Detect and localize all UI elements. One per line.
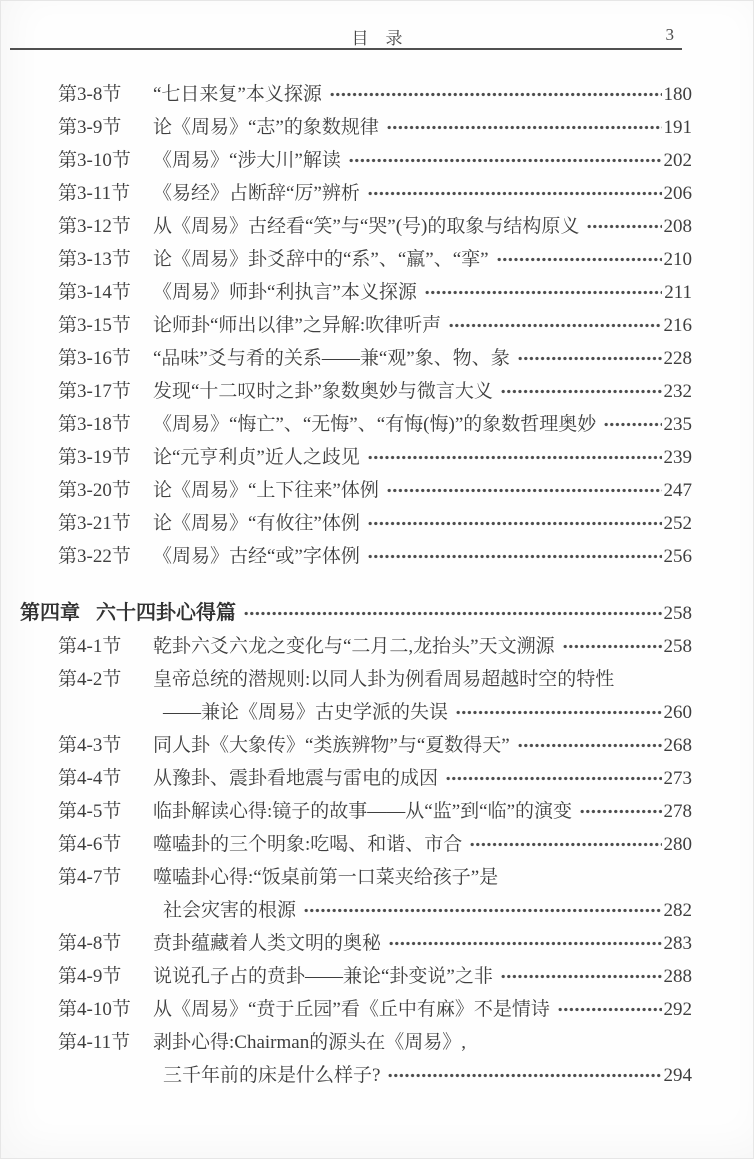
- dot-leader: [501, 375, 662, 408]
- entry-body: 剥卦心得:Chairman的源头在《周易》,三千年前的床是什么样子?294: [153, 1026, 692, 1092]
- dot-leader: [425, 276, 662, 309]
- entry-title-continued: 三千年前的床是什么样子?: [163, 1059, 380, 1092]
- entry-body: 论“元亨利贞”近人之歧见239: [153, 441, 692, 474]
- dot-leader: [449, 309, 661, 342]
- toc-entry: 第3-21节论《周易》“有攸往”体例252: [58, 507, 692, 540]
- entry-label: 第4-1节: [58, 630, 153, 663]
- entry-page-number: 294: [664, 1059, 693, 1092]
- entry-body: 发现“十二叹时之卦”象数奥妙与微言大义232: [153, 375, 692, 408]
- entry-title: 说说孔子占的贲卦——兼论“卦变说”之非: [153, 960, 493, 993]
- entry-continuation-line: 社会灾害的根源282: [153, 894, 692, 927]
- entry-page-number: 258: [664, 630, 693, 663]
- entry-line: 皇帝总统的潜规则:以同人卦为例看周易超越时空的特性: [153, 663, 692, 696]
- chapter-heading-body: 六十四卦心得篇 258: [96, 597, 692, 630]
- toc-entry: 第4-9节说说孔子占的贲卦——兼论“卦变说”之非288: [58, 960, 692, 993]
- entry-page-number: 280: [664, 828, 693, 861]
- dot-leader: [446, 762, 661, 795]
- toc-entry: 第3-22节《周易》古经“或”字体例256: [58, 540, 692, 573]
- entry-page-number: 216: [664, 309, 693, 342]
- entry-page-number: 282: [664, 894, 693, 927]
- entry-title: 噬嗑卦的三个明象:吃喝、和谐、市合: [153, 828, 462, 861]
- toc-entry: 第3-10节《周易》“涉大川”解读202: [58, 144, 692, 177]
- toc-entry: 第3-14节《周易》师卦“利执言”本义探源211: [58, 276, 692, 309]
- entry-line: 同人卦《大象传》“类族辨物”与“夏数得天”268: [153, 729, 692, 762]
- entry-line: 论《周易》卦爻辞中的“系”、“羸”、“挛”210: [153, 243, 692, 276]
- entry-title: 乾卦六爻六龙之变化与“二月二,龙抬头”天文溯源: [153, 630, 555, 663]
- dot-leader: [388, 1059, 661, 1092]
- entry-title: 论师卦“师出以律”之异解:吹律听声: [153, 309, 441, 342]
- entry-line: 从豫卦、震卦看地震与雷电的成因273: [153, 762, 692, 795]
- entry-label: 第3-15节: [58, 309, 153, 342]
- toc-entry: 第4-5节临卦解读心得:镜子的故事——从“监”到“临”的演变278: [58, 795, 692, 828]
- entry-title: “品味”爻与肴的关系——兼“观”象、物、彖: [153, 342, 510, 375]
- dot-leader: [368, 540, 662, 573]
- toc-entry: 第3-15节论师卦“师出以律”之异解:吹律听声216: [58, 309, 692, 342]
- entry-title: 贲卦蕴藏着人类文明的奥秘: [153, 927, 381, 960]
- toc-entry: 第3-16节“品味”爻与肴的关系——兼“观”象、物、彖228: [58, 342, 692, 375]
- toc-entry: 第3-8节“七日来复”本义探源180: [58, 78, 692, 111]
- entry-body: 论《周易》“上下往来”体例247: [153, 474, 692, 507]
- entry-title: 同人卦《大象传》“类族辨物”与“夏数得天”: [153, 729, 510, 762]
- entry-title: 《周易》“涉大川”解读: [153, 144, 341, 177]
- page-header: 目 录 3: [0, 0, 754, 50]
- entry-line: 贲卦蕴藏着人类文明的奥秘283: [153, 927, 692, 960]
- chapter-label: 第四章: [20, 597, 80, 630]
- toc-entry: 第4-1节乾卦六爻六龙之变化与“二月二,龙抬头”天文溯源258: [58, 630, 692, 663]
- entry-label: 第3-8节: [58, 78, 153, 111]
- dot-leader: [518, 729, 662, 762]
- entry-label: 第3-12节: [58, 210, 153, 243]
- entry-page-number: 228: [664, 342, 693, 375]
- entry-label: 第3-11节: [58, 177, 153, 210]
- dot-leader: [368, 177, 662, 210]
- entry-page-number: 273: [664, 762, 693, 795]
- entry-label: 第4-3节: [58, 729, 153, 762]
- entry-line: 论《周易》“有攸往”体例252: [153, 507, 692, 540]
- entry-page-number: 260: [664, 696, 693, 729]
- dot-leader: [368, 441, 662, 474]
- entry-page-number: 292: [664, 993, 693, 1026]
- dot-leader: [518, 342, 662, 375]
- chapter-title: 六十四卦心得篇: [96, 597, 236, 630]
- entry-title-continued: 社会灾害的根源: [163, 894, 296, 927]
- toc-entry: 第3-20节论《周易》“上下往来”体例247: [58, 474, 692, 507]
- dot-leader: [558, 993, 662, 1026]
- chapter4-section-list: 第4-1节乾卦六爻六龙之变化与“二月二,龙抬头”天文溯源258第4-2节皇帝总统…: [20, 630, 692, 1092]
- dot-leader: [501, 960, 662, 993]
- toc-entry: 第3-17节发现“十二叹时之卦”象数奥妙与微言大义232: [58, 375, 692, 408]
- entry-label: 第4-4节: [58, 762, 153, 795]
- dot-leader: [330, 78, 662, 111]
- entry-title-continued: ——兼论《周易》古史学派的失误: [163, 696, 448, 729]
- entry-label: 第4-11节: [58, 1026, 153, 1059]
- entry-label: 第4-9节: [58, 960, 153, 993]
- entry-page-number: 211: [664, 276, 692, 309]
- entry-page-number: 206: [664, 177, 693, 210]
- entry-line: 从《周易》“贲于丘园”看《丘中有麻》不是情诗292: [153, 993, 692, 1026]
- entry-label: 第3-10节: [58, 144, 153, 177]
- entry-continuation-line: ——兼论《周易》古史学派的失误260: [153, 696, 692, 729]
- entry-body: 乾卦六爻六龙之变化与“二月二,龙抬头”天文溯源258: [153, 630, 692, 663]
- toc-entry: 第4-3节同人卦《大象传》“类族辨物”与“夏数得天”268: [58, 729, 692, 762]
- entry-page-number: 268: [664, 729, 693, 762]
- entry-title: 《周易》古经“或”字体例: [153, 540, 360, 573]
- entry-title: 论《周易》卦爻辞中的“系”、“羸”、“挛”: [153, 243, 489, 276]
- entry-body: 《周易》“涉大川”解读202: [153, 144, 692, 177]
- entry-line: 乾卦六爻六龙之变化与“二月二,龙抬头”天文溯源258: [153, 630, 692, 663]
- entry-page-number: 256: [664, 540, 693, 573]
- entry-line: 从《周易》古经看“笑”与“哭”(号)的取象与结构原义208: [153, 210, 692, 243]
- chapter3-section-list: 第3-8节“七日来复”本义探源180第3-9节论《周易》“志”的象数规律191第…: [20, 78, 692, 573]
- entry-line: “七日来复”本义探源180: [153, 78, 692, 111]
- dot-leader: [497, 243, 662, 276]
- entry-title: 《易经》占断辞“厉”辨析: [153, 177, 360, 210]
- entry-title: “七日来复”本义探源: [153, 78, 322, 111]
- entry-page-number: 202: [664, 144, 693, 177]
- toc-entry: 第4-10节从《周易》“贲于丘园”看《丘中有麻》不是情诗292: [58, 993, 692, 1026]
- entry-page-number: 180: [664, 78, 693, 111]
- entry-line: 临卦解读心得:镜子的故事——从“监”到“临”的演变278: [153, 795, 692, 828]
- entry-label: 第3-13节: [58, 243, 153, 276]
- section-gap: [20, 573, 692, 597]
- toc-entry: 第4-2节皇帝总统的潜规则:以同人卦为例看周易超越时空的特性——兼论《周易》古史…: [58, 663, 692, 729]
- entry-body: 皇帝总统的潜规则:以同人卦为例看周易超越时空的特性——兼论《周易》古史学派的失误…: [153, 663, 692, 729]
- entry-label: 第3-21节: [58, 507, 153, 540]
- dot-leader: [387, 474, 662, 507]
- entry-label: 第4-10节: [58, 993, 153, 1026]
- entry-body: 同人卦《大象传》“类族辨物”与“夏数得天”268: [153, 729, 692, 762]
- entry-page-number: 232: [664, 375, 693, 408]
- entry-line: 论“元亨利贞”近人之歧见239: [153, 441, 692, 474]
- entry-body: 论《周易》“志”的象数规律191: [153, 111, 692, 144]
- entry-title: 《周易》师卦“利执言”本义探源: [153, 276, 417, 309]
- page-number: 3: [666, 25, 675, 45]
- entry-page-number: 239: [664, 441, 693, 474]
- entry-label: 第4-5节: [58, 795, 153, 828]
- entry-body: 论《周易》“有攸往”体例252: [153, 507, 692, 540]
- entry-page-number: 283: [664, 927, 693, 960]
- dot-leader: [456, 696, 661, 729]
- entry-label: 第4-7节: [58, 861, 153, 894]
- entry-line: 说说孔子占的贲卦——兼论“卦变说”之非288: [153, 960, 692, 993]
- chapter-heading: 第四章 六十四卦心得篇 258: [20, 597, 692, 630]
- entry-body: 噬嗑卦心得:“饭桌前第一口菜夹给孩子”是社会灾害的根源282: [153, 861, 692, 927]
- entry-body: 从豫卦、震卦看地震与雷电的成因273: [153, 762, 692, 795]
- chapter-page-number: 258: [664, 597, 693, 630]
- entry-label: 第4-6节: [58, 828, 153, 861]
- entry-page-number: 252: [664, 507, 693, 540]
- entry-body: 论师卦“师出以律”之异解:吹律听声216: [153, 309, 692, 342]
- entry-line: 发现“十二叹时之卦”象数奥妙与微言大义232: [153, 375, 692, 408]
- entry-body: 《周易》古经“或”字体例256: [153, 540, 692, 573]
- entry-label: 第3-20节: [58, 474, 153, 507]
- entry-page-number: 210: [664, 243, 693, 276]
- entry-line: 论《周易》“志”的象数规律191: [153, 111, 692, 144]
- entry-line: 《周易》师卦“利执言”本义探源211: [153, 276, 692, 309]
- entry-body: 从《周易》“贲于丘园”看《丘中有麻》不是情诗292: [153, 993, 692, 1026]
- entry-body: 论《周易》卦爻辞中的“系”、“羸”、“挛”210: [153, 243, 692, 276]
- toc-entry: 第4-6节噬嗑卦的三个明象:吃喝、和谐、市合280: [58, 828, 692, 861]
- entry-line: 《周易》“涉大川”解读202: [153, 144, 692, 177]
- entry-body: 贲卦蕴藏着人类文明的奥秘283: [153, 927, 692, 960]
- dot-leader: [587, 210, 661, 243]
- entry-page-number: 288: [664, 960, 693, 993]
- entry-line: 《易经》占断辞“厉”辨析206: [153, 177, 692, 210]
- entry-title: 论《周易》“有攸往”体例: [153, 507, 360, 540]
- entry-line: 噬嗑卦心得:“饭桌前第一口菜夹给孩子”是: [153, 861, 692, 894]
- toc-entry: 第4-8节贲卦蕴藏着人类文明的奥秘283: [58, 927, 692, 960]
- entry-line: 《周易》古经“或”字体例256: [153, 540, 692, 573]
- dot-leader: [304, 894, 661, 927]
- entry-label: 第4-8节: [58, 927, 153, 960]
- entry-line: 噬嗑卦的三个明象:吃喝、和谐、市合280: [153, 828, 692, 861]
- dot-leader: [470, 828, 661, 861]
- entry-label: 第3-17节: [58, 375, 153, 408]
- toc-entry: 第3-18节《周易》“悔亡”、“无悔”、“有悔(悔)”的象数哲理奥妙235: [58, 408, 692, 441]
- entry-body: “七日来复”本义探源180: [153, 78, 692, 111]
- entry-title: 从豫卦、震卦看地震与雷电的成因: [153, 762, 438, 795]
- entry-label: 第3-16节: [58, 342, 153, 375]
- entry-body: 说说孔子占的贲卦——兼论“卦变说”之非288: [153, 960, 692, 993]
- toc-entry: 第4-11节剥卦心得:Chairman的源头在《周易》,三千年前的床是什么样子?…: [58, 1026, 692, 1092]
- entry-label: 第3-18节: [58, 408, 153, 441]
- entry-body: 噬嗑卦的三个明象:吃喝、和谐、市合280: [153, 828, 692, 861]
- dot-leader: [349, 144, 662, 177]
- toc-entry: 第3-11节《易经》占断辞“厉”辨析206: [58, 177, 692, 210]
- dot-leader: [563, 630, 662, 663]
- entry-title: 论《周易》“志”的象数规律: [153, 111, 379, 144]
- entry-body: 《周易》师卦“利执言”本义探源211: [153, 276, 692, 309]
- entry-page-number: 278: [664, 795, 693, 828]
- toc-entry: 第3-19节论“元亨利贞”近人之歧见239: [58, 441, 692, 474]
- toc-entry: 第4-7节噬嗑卦心得:“饭桌前第一口菜夹给孩子”是社会灾害的根源282: [58, 861, 692, 927]
- dot-leader: [244, 597, 662, 630]
- header-rule: [10, 48, 682, 50]
- entry-title: 剥卦心得:Chairman的源头在《周易》,: [153, 1026, 466, 1059]
- dot-leader: [368, 507, 662, 540]
- entry-page-number: 235: [664, 408, 693, 441]
- entry-title: 从《周易》“贲于丘园”看《丘中有麻》不是情诗: [153, 993, 550, 1026]
- dot-leader: [580, 795, 661, 828]
- toc-entry: 第3-13节论《周易》卦爻辞中的“系”、“羸”、“挛”210: [58, 243, 692, 276]
- page-header-title: 目 录: [0, 24, 754, 49]
- entry-title: 从《周易》古经看“笑”与“哭”(号)的取象与结构原义: [153, 210, 579, 243]
- entry-line: 《周易》“悔亡”、“无悔”、“有悔(悔)”的象数哲理奥妙235: [153, 408, 692, 441]
- entry-label: 第3-22节: [58, 540, 153, 573]
- entry-body: 从《周易》古经看“笑”与“哭”(号)的取象与结构原义208: [153, 210, 692, 243]
- entry-title: 论《周易》“上下往来”体例: [153, 474, 379, 507]
- entry-label: 第3-19节: [58, 441, 153, 474]
- entry-page-number: 191: [664, 111, 693, 144]
- entry-page-number: 208: [664, 210, 693, 243]
- entry-body: 《易经》占断辞“厉”辨析206: [153, 177, 692, 210]
- entry-page-number: 247: [664, 474, 693, 507]
- entry-continuation-line: 三千年前的床是什么样子?294: [153, 1059, 692, 1092]
- entry-body: 临卦解读心得:镜子的故事——从“监”到“临”的演变278: [153, 795, 692, 828]
- table-of-contents: 第3-8节“七日来复”本义探源180第3-9节论《周易》“志”的象数规律191第…: [0, 50, 754, 1092]
- entry-title: 论“元亨利贞”近人之歧见: [153, 441, 360, 474]
- entry-label: 第3-9节: [58, 111, 153, 144]
- entry-title: 噬嗑卦心得:“饭桌前第一口菜夹给孩子”是: [153, 861, 498, 894]
- toc-entry: 第4-4节从豫卦、震卦看地震与雷电的成因273: [58, 762, 692, 795]
- entry-title: 《周易》“悔亡”、“无悔”、“有悔(悔)”的象数哲理奥妙: [153, 408, 596, 441]
- entry-title: 皇帝总统的潜规则:以同人卦为例看周易超越时空的特性: [153, 663, 614, 696]
- entry-body: 《周易》“悔亡”、“无悔”、“有悔(悔)”的象数哲理奥妙235: [153, 408, 692, 441]
- entry-title: 临卦解读心得:镜子的故事——从“监”到“临”的演变: [153, 795, 572, 828]
- dot-leader: [604, 408, 661, 441]
- entry-label: 第4-2节: [58, 663, 153, 696]
- entry-body: “品味”爻与肴的关系——兼“观”象、物、彖228: [153, 342, 692, 375]
- toc-entry: 第3-9节论《周易》“志”的象数规律191: [58, 111, 692, 144]
- entry-line: 剥卦心得:Chairman的源头在《周易》,: [153, 1026, 692, 1059]
- dot-leader: [389, 927, 661, 960]
- entry-label: 第3-14节: [58, 276, 153, 309]
- entry-line: 论师卦“师出以律”之异解:吹律听声216: [153, 309, 692, 342]
- scanned-book-page: 目 录 3 第3-8节“七日来复”本义探源180第3-9节论《周易》“志”的象数…: [0, 0, 754, 1159]
- entry-line: “品味”爻与肴的关系——兼“观”象、物、彖228: [153, 342, 692, 375]
- toc-entry: 第3-12节从《周易》古经看“笑”与“哭”(号)的取象与结构原义208: [58, 210, 692, 243]
- entry-line: 论《周易》“上下往来”体例247: [153, 474, 692, 507]
- dot-leader: [387, 111, 662, 144]
- entry-title: 发现“十二叹时之卦”象数奥妙与微言大义: [153, 375, 493, 408]
